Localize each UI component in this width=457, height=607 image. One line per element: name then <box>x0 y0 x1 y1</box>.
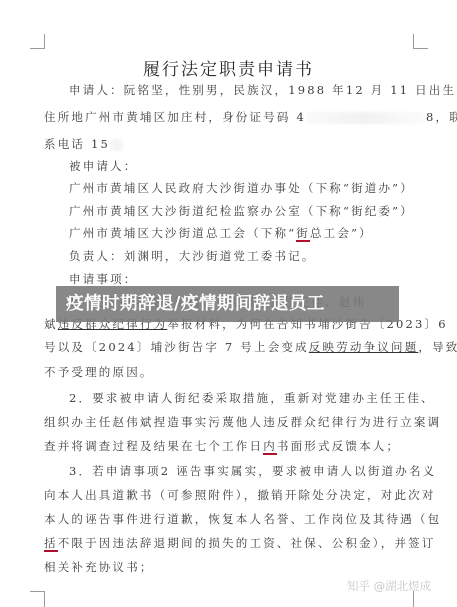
respondent-heading: 被申请人： <box>69 159 138 173</box>
phone-text: 系电话 15 <box>44 137 110 151</box>
address-text: 住所地广州市黄埔区加庄村，身份证号码 4 <box>44 110 306 124</box>
page-corner-mark <box>30 34 45 49</box>
request-item-2-cont: 组织办主任赵伟斌捏造事实污蔑他人违反群众纪律行为进行立案调 <box>44 415 441 429</box>
redacted-phone <box>110 139 124 151</box>
spellcheck-word: 括 <box>44 536 58 552</box>
request-heading: 申请事项： <box>69 272 138 286</box>
address-line: 住所地广州市黄埔区加庄村，身份证号码 48，联 <box>44 110 457 124</box>
page-corner-mark <box>413 34 428 49</box>
title-overlay-banner: 疫情时期辞退/疫情期间辞退员工 <box>56 286 399 322</box>
text: 书面形式反馈本人； <box>277 439 400 453</box>
text: 查并将调查过程及结果在七个工作日 <box>44 439 263 453</box>
request-item-1-cont2: 号以及〔2024〕埔沙街告字 7 号上会变成反映劳动争议问题，导致 <box>44 340 457 354</box>
applicant-line: 申请人：阮铭坚，性别男，民族汉，1988 年12 月 11 日出生， <box>69 83 457 97</box>
spellcheck-word: 内 <box>263 439 277 455</box>
request-item-3-cont3: 括不限于因违法辞退期间的损失的工资、社保、公积金），并签订 <box>44 536 436 550</box>
page-corner-mark <box>30 591 45 607</box>
respondent-2: 广州市黄埔区大沙街道纪检监察办公室（下称“街纪委”） <box>69 204 414 218</box>
request-item-2: 2．要求被申请人街纪委采取措施，重新对党建办主任王佳、 <box>69 391 435 405</box>
address-text-end: 8，联 <box>426 110 457 124</box>
text: 号以及〔2024〕埔沙街告字 7 号上会变成 <box>44 340 309 354</box>
request-item-1-end: 不予受理的原因。 <box>44 365 154 379</box>
request-item-3: 3．若申请事项2 诬告事实属实，要求被申请人以街道办名义 <box>69 464 436 478</box>
redacted-id <box>306 112 426 124</box>
respondent-1: 广州市黄埔区人民政府大沙街道办事处（下称“街道办”） <box>69 181 414 195</box>
watermark: 知乎 @湖北煜成 <box>347 578 431 594</box>
respondent-3: 广州市黄埔区大沙街道总工会（下称“街总工会”） <box>69 226 373 240</box>
request-item-3-cont2: 本人的诬告事件进行道歉，恢复本人名誉、工作岗位及其待遇（包 <box>44 512 441 526</box>
text: 不限于因违法辞退期间的损失的工资、社保、公积金），并签订 <box>58 536 436 550</box>
request-item-3-end: 相关补充协议书； <box>44 560 154 574</box>
spellcheck-word: 街 <box>296 226 310 242</box>
respondent-3-text-end: 总工会”） <box>310 226 373 240</box>
document-title: 履行法定职责申请书 <box>0 55 457 80</box>
request-item-3-cont: 向本人出具道歉书（可参照附件），撤销开除处分决定，对此次对 <box>44 488 436 502</box>
text: ，导致 <box>418 340 457 354</box>
responsible-person: 负责人：刘渊明，大沙街道党工委书记。 <box>69 249 316 263</box>
respondent-3-text: 广州市黄埔区大沙街道总工会（下称“ <box>69 226 296 240</box>
underlined-text: 反映劳动争议问题 <box>309 340 419 354</box>
request-item-2-end: 查并将调查过程及结果在七个工作日内书面形式反馈本人； <box>44 439 400 453</box>
phone-line: 系电话 15 <box>44 137 124 151</box>
